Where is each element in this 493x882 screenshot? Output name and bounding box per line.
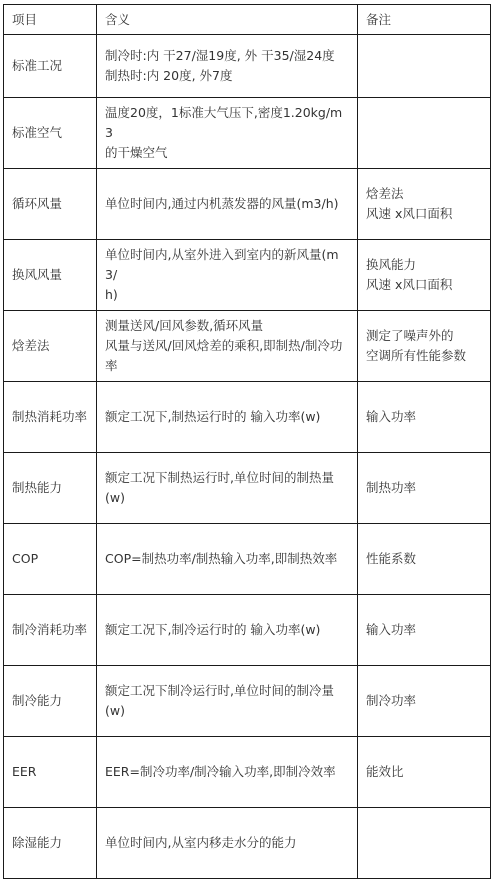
table-row: 制冷能力 额定工况下制冷运行时,单位时间的制冷量 (w) 制冷功率 bbox=[4, 666, 491, 737]
table-row: EER EER=制冷功率/制冷输入功率,即制冷效率 能效比 bbox=[4, 737, 491, 808]
cell-item: 循环风量 bbox=[4, 169, 97, 240]
table-row: 制热能力 额定工况下制热运行时,单位时间的制热量 (w) 制热功率 bbox=[4, 453, 491, 524]
header-item: 项目 bbox=[4, 5, 97, 35]
cell-note: 制冷功率 bbox=[358, 666, 491, 737]
cell-note: 制热功率 bbox=[358, 453, 491, 524]
table-row: 焓差法 测量送风/回风参数,循环风量 风量与送风/回风焓差的乘积,即制热/制冷功… bbox=[4, 311, 491, 382]
cell-meaning: 额定工况下制冷运行时,单位时间的制冷量 (w) bbox=[97, 666, 358, 737]
cell-note: 能效比 bbox=[358, 737, 491, 808]
cell-meaning: 测量送风/回风参数,循环风量 风量与送风/回风焓差的乘积,即制热/制冷功 率 bbox=[97, 311, 358, 382]
table-row: COP COP=制热功率/制热输入功率,即制热效率 性能系数 bbox=[4, 524, 491, 595]
cell-item: 制冷消耗功率 bbox=[4, 595, 97, 666]
cell-meaning: 制冷时:内 干27/湿19度, 外 干35/湿24度 制热时:内 20度, 外7… bbox=[97, 35, 358, 98]
cell-note: 输入功率 bbox=[358, 382, 491, 453]
cell-meaning: 单位时间内,通过内机蒸发器的风量(m3/h) bbox=[97, 169, 358, 240]
table-row: 制热消耗功率 额定工况下,制热运行时的 输入功率(w) 输入功率 bbox=[4, 382, 491, 453]
cell-note: 性能系数 bbox=[358, 524, 491, 595]
table-row: 除湿能力 单位时间内,从室内移走水分的能力 bbox=[4, 808, 491, 879]
cell-note: 换风能力 风速 x风口面积 bbox=[358, 240, 491, 311]
cell-item: 制冷能力 bbox=[4, 666, 97, 737]
cell-item: COP bbox=[4, 524, 97, 595]
table-row: 标准工况 制冷时:内 干27/湿19度, 外 干35/湿24度 制热时:内 20… bbox=[4, 35, 491, 98]
cell-item: 制热消耗功率 bbox=[4, 382, 97, 453]
cell-meaning: 额定工况下,制冷运行时的 输入功率(w) bbox=[97, 595, 358, 666]
cell-meaning: 单位时间内,从室内移走水分的能力 bbox=[97, 808, 358, 879]
cell-note bbox=[358, 35, 491, 98]
cell-item: 制热能力 bbox=[4, 453, 97, 524]
cell-meaning: 温度20度，1标准大气压下,密度1.20kg/m3 的干燥空气 bbox=[97, 98, 358, 169]
cell-note bbox=[358, 98, 491, 169]
table-header-row: 项目 含义 备注 bbox=[4, 5, 491, 35]
cell-item: 标准工况 bbox=[4, 35, 97, 98]
cell-item: EER bbox=[4, 737, 97, 808]
cell-note bbox=[358, 808, 491, 879]
cell-meaning: 单位时间内,从室外进入到室内的新风量(m3/ h) bbox=[97, 240, 358, 311]
cell-meaning: 额定工况下制热运行时,单位时间的制热量 (w) bbox=[97, 453, 358, 524]
table-row: 换风风量 单位时间内,从室外进入到室内的新风量(m3/ h) 换风能力 风速 x… bbox=[4, 240, 491, 311]
ac-terminology-table: 项目 含义 备注 标准工况 制冷时:内 干27/湿19度, 外 干35/湿24度… bbox=[3, 4, 491, 879]
table-row: 制冷消耗功率 额定工况下,制冷运行时的 输入功率(w) 输入功率 bbox=[4, 595, 491, 666]
cell-meaning: COP=制热功率/制热输入功率,即制热效率 bbox=[97, 524, 358, 595]
cell-item: 标准空气 bbox=[4, 98, 97, 169]
cell-item: 焓差法 bbox=[4, 311, 97, 382]
header-meaning: 含义 bbox=[97, 5, 358, 35]
table-row: 标准空气 温度20度，1标准大气压下,密度1.20kg/m3 的干燥空气 bbox=[4, 98, 491, 169]
cell-note: 测定了噪声外的 空调所有性能参数 bbox=[358, 311, 491, 382]
cell-meaning: 额定工况下,制热运行时的 输入功率(w) bbox=[97, 382, 358, 453]
cell-item: 除湿能力 bbox=[4, 808, 97, 879]
table-row: 循环风量 单位时间内,通过内机蒸发器的风量(m3/h) 焓差法 风速 x风口面积 bbox=[4, 169, 491, 240]
header-note: 备注 bbox=[358, 5, 491, 35]
cell-item: 换风风量 bbox=[4, 240, 97, 311]
cell-note: 输入功率 bbox=[358, 595, 491, 666]
cell-meaning: EER=制冷功率/制冷输入功率,即制冷效率 bbox=[97, 737, 358, 808]
cell-note: 焓差法 风速 x风口面积 bbox=[358, 169, 491, 240]
